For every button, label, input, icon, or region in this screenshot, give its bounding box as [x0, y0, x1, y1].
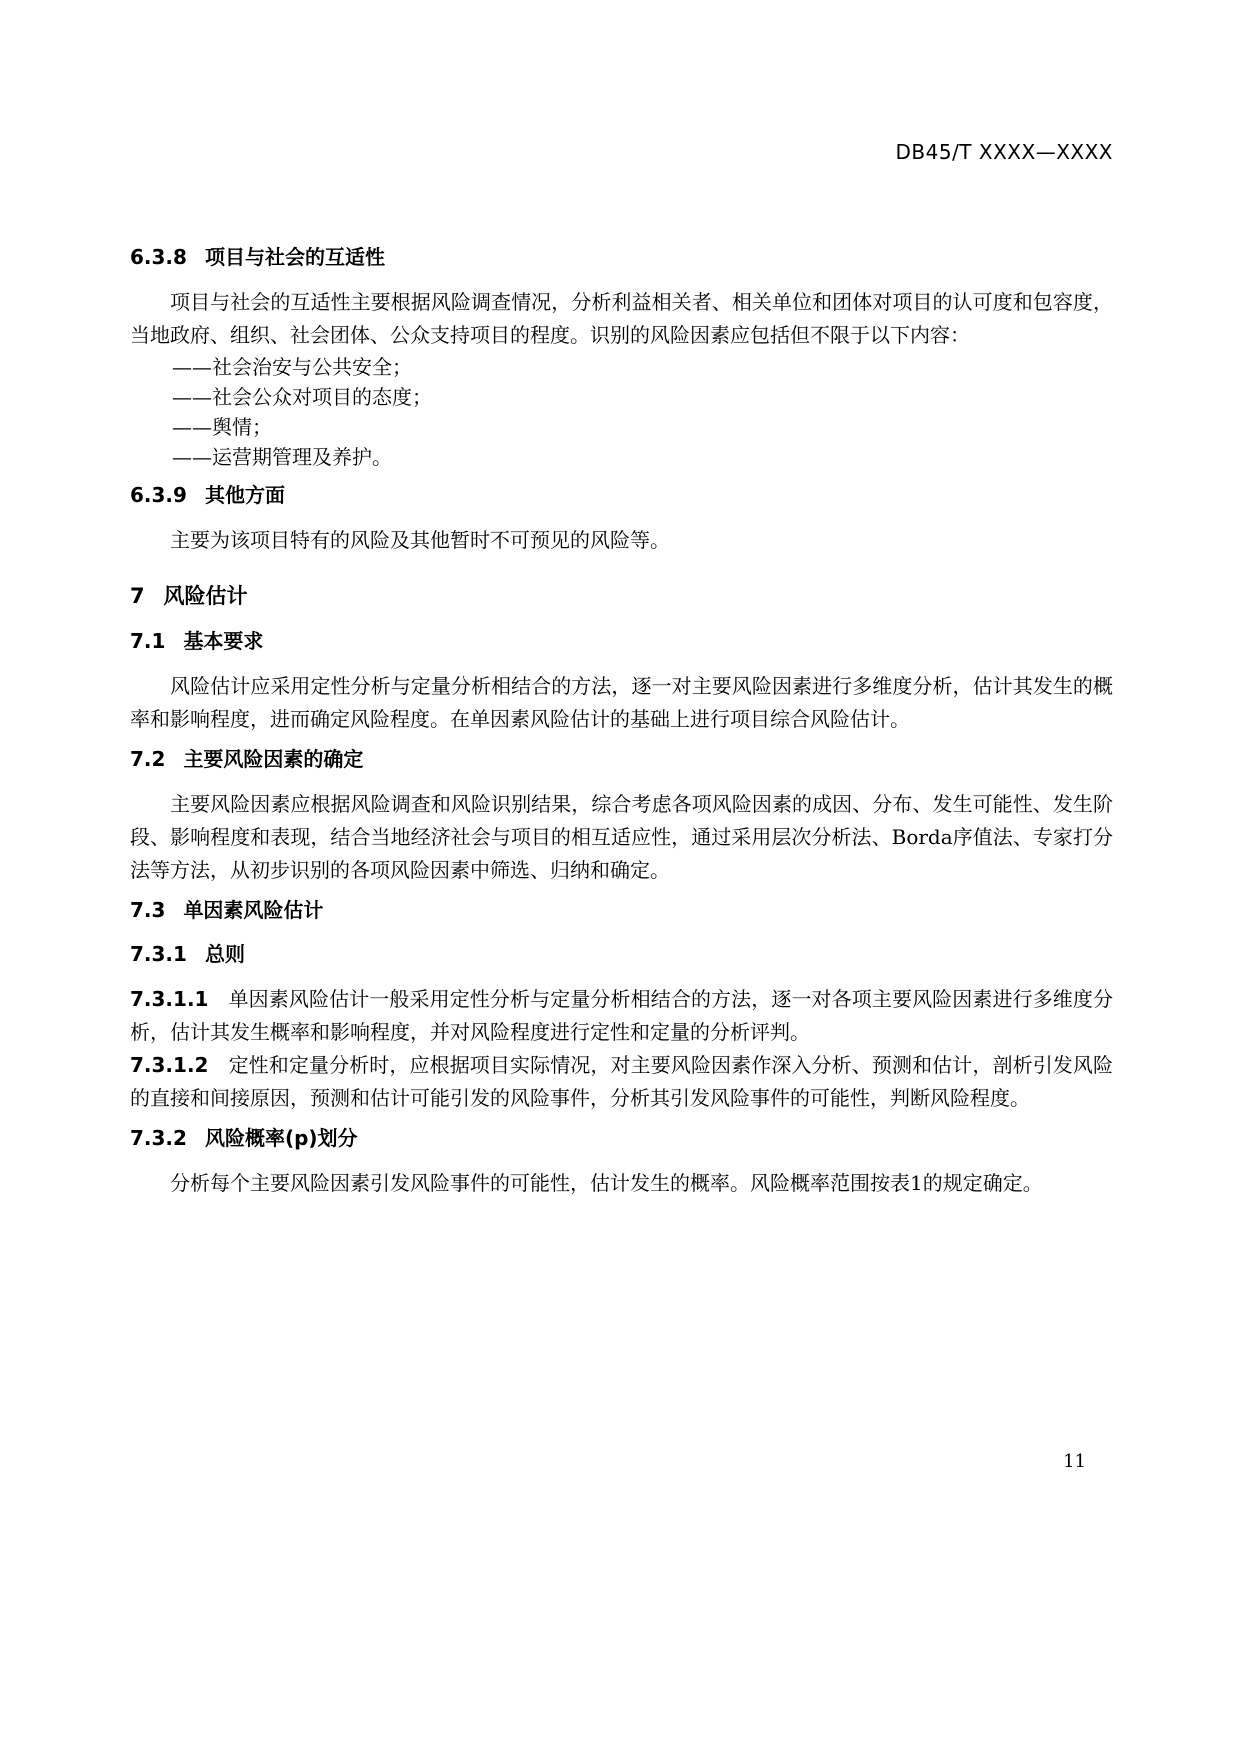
paragraph-7-2: 主要风险因素应根据风险调查和风险识别结果，综合考虑各项风险因素的成因、分布、发生…: [130, 788, 1113, 887]
list-item: ——社会治安与公共安全；: [130, 352, 1113, 382]
clause-number: 7.3.1: [130, 942, 187, 966]
clause-text: 单因素风险估计一般采用定性分析与定量分析相结合的方法，逐一对各项主要风险因素进行…: [130, 987, 1113, 1044]
list-item: ——运营期管理及养护。: [130, 442, 1113, 472]
clause-title: 基本要求: [183, 629, 263, 653]
clause-number: 6.3.8: [130, 245, 187, 269]
heading-7-3-1: 7.3.1总则: [130, 939, 1113, 969]
list-item: ——舆情；: [130, 412, 1113, 442]
clause-text: 定性和定量分析时，应根据项目实际情况，对主要风险因素作深入分析、预测和估计，剖析…: [130, 1053, 1113, 1110]
heading-6-3-9: 6.3.9其他方面: [130, 480, 1113, 510]
heading-7-2: 7.2主要风险因素的确定: [130, 744, 1113, 774]
list-item: ——社会公众对项目的态度；: [130, 382, 1113, 412]
clause-number: 7.3.1.1: [130, 987, 208, 1011]
clause-number: 7.2: [130, 747, 165, 771]
paragraph-7-1: 风险估计应采用定性分析与定量分析相结合的方法，逐一对主要风险因素进行多维度分析，…: [130, 670, 1113, 736]
clause-title: 风险概率(p)划分: [205, 1126, 358, 1150]
clause-number: 7.1: [130, 629, 165, 653]
chapter-number: 7: [130, 584, 145, 608]
dash-list-6-3-8: ——社会治安与公共安全； ——社会公众对项目的态度； ——舆情； ——运营期管理…: [130, 352, 1113, 472]
clause-number: 6.3.9: [130, 483, 187, 507]
clause-title: 单因素风险估计: [183, 898, 323, 922]
heading-6-3-8: 6.3.8项目与社会的互适性: [130, 242, 1113, 272]
heading-7-3: 7.3单因素风险估计: [130, 895, 1113, 925]
paragraph-7-3-2: 分析每个主要风险因素引发风险事件的可能性，估计发生的概率。风险概率范围按表1的规…: [130, 1167, 1113, 1200]
paragraph-6-3-8: 项目与社会的互适性主要根据风险调查情况，分析利益相关者、相关单位和团体对项目的认…: [130, 286, 1113, 352]
standard-number: DB45/T XXXX—XXXX: [896, 140, 1114, 164]
page-footer: 11: [1063, 1450, 1086, 1474]
chapter-title: 风险估计: [164, 584, 248, 608]
heading-7-1: 7.1基本要求: [130, 626, 1113, 656]
clause-title: 项目与社会的互适性: [205, 245, 385, 269]
clause-title: 其他方面: [205, 483, 285, 507]
document-page: DB45/T XXXX—XXXX 6.3.8项目与社会的互适性 项目与社会的互适…: [0, 0, 1241, 1754]
clause-title: 主要风险因素的确定: [183, 747, 363, 771]
document-body: 6.3.8项目与社会的互适性 项目与社会的互适性主要根据风险调查情况，分析利益相…: [130, 242, 1113, 1200]
clause-title: 总则: [205, 942, 245, 966]
clause-number: 7.3.1.2: [130, 1053, 208, 1077]
clause-number: 7.3: [130, 898, 165, 922]
page-number: 11: [1063, 1451, 1086, 1472]
heading-7: 7风险估计: [130, 581, 1113, 611]
paragraph-6-3-9: 主要为该项目特有的风险及其他暂时不可预见的风险等。: [130, 524, 1113, 557]
heading-7-3-2: 7.3.2风险概率(p)划分: [130, 1123, 1113, 1153]
clause-7-3-1-1: 7.3.1.1单因素风险估计一般采用定性分析与定量分析相结合的方法，逐一对各项主…: [130, 983, 1113, 1049]
clause-number: 7.3.2: [130, 1126, 187, 1150]
clause-7-3-1-2: 7.3.1.2定性和定量分析时，应根据项目实际情况，对主要风险因素作深入分析、预…: [130, 1049, 1113, 1115]
page-header: DB45/T XXXX—XXXX: [130, 140, 1113, 164]
